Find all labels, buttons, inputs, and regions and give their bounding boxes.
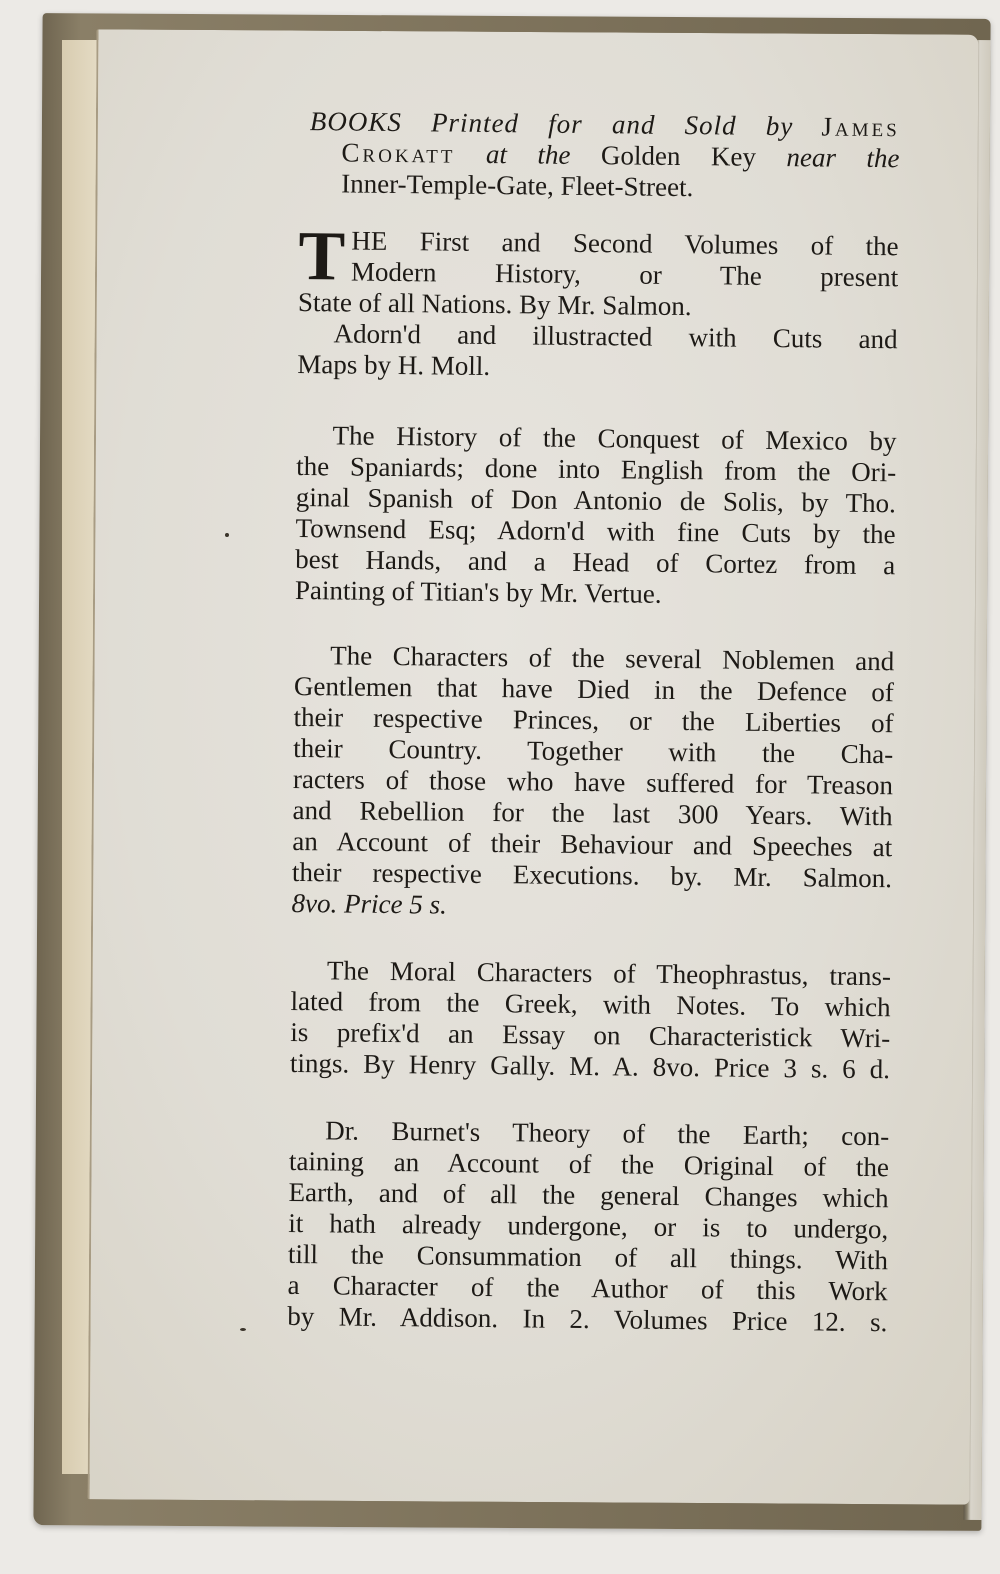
shop-address: Inner-Temple-Gate, Fleet-Street.	[331, 168, 899, 205]
header-prefix: BOOKS Printed for and Sold by	[310, 106, 794, 141]
publisher-header: BOOKS Printed for and Sold by James Crok…	[299, 106, 900, 205]
publisher-first-name: James	[821, 111, 900, 142]
entry-line: tings. By Henry Gally. M. A. 8vo. Price …	[290, 1048, 890, 1085]
entry-theophrastus: The Moral Characters of Theophrastus, tr…	[290, 955, 891, 1085]
entry-characters-of-noblemen: The Characters of the several Noblemen a…	[291, 640, 894, 925]
entry-line: by Mr. Addison. In 2. Volumes Price 12. …	[287, 1301, 887, 1338]
header-near-the: near the	[786, 142, 899, 173]
publisher-last-name: Crokatt	[341, 137, 455, 168]
entry-line: Painting of Titian's by Mr. Vertue.	[295, 575, 895, 612]
entry-line: Maps by H. Moll.	[297, 349, 897, 386]
entry-conquest-of-mexico: The History of the Conquest of Mexico by…	[295, 420, 897, 612]
entry-modern-history: T HE First and Second Volumes of the Mod…	[297, 225, 899, 386]
drop-cap: T	[298, 229, 345, 285]
entry-burnet-theory-of-earth: Dr. Burnet's Theory of the Earth; con- t…	[287, 1115, 889, 1338]
shop-sign: Golden Key	[601, 140, 756, 172]
ink-speck	[240, 1328, 246, 1331]
ink-speck	[225, 533, 229, 537]
entry-price: 8vo. Price 5 s.	[291, 888, 891, 925]
header-at-the: at the	[486, 139, 571, 170]
page-text: BOOKS Printed for and Sold by James Crok…	[287, 106, 900, 1366]
